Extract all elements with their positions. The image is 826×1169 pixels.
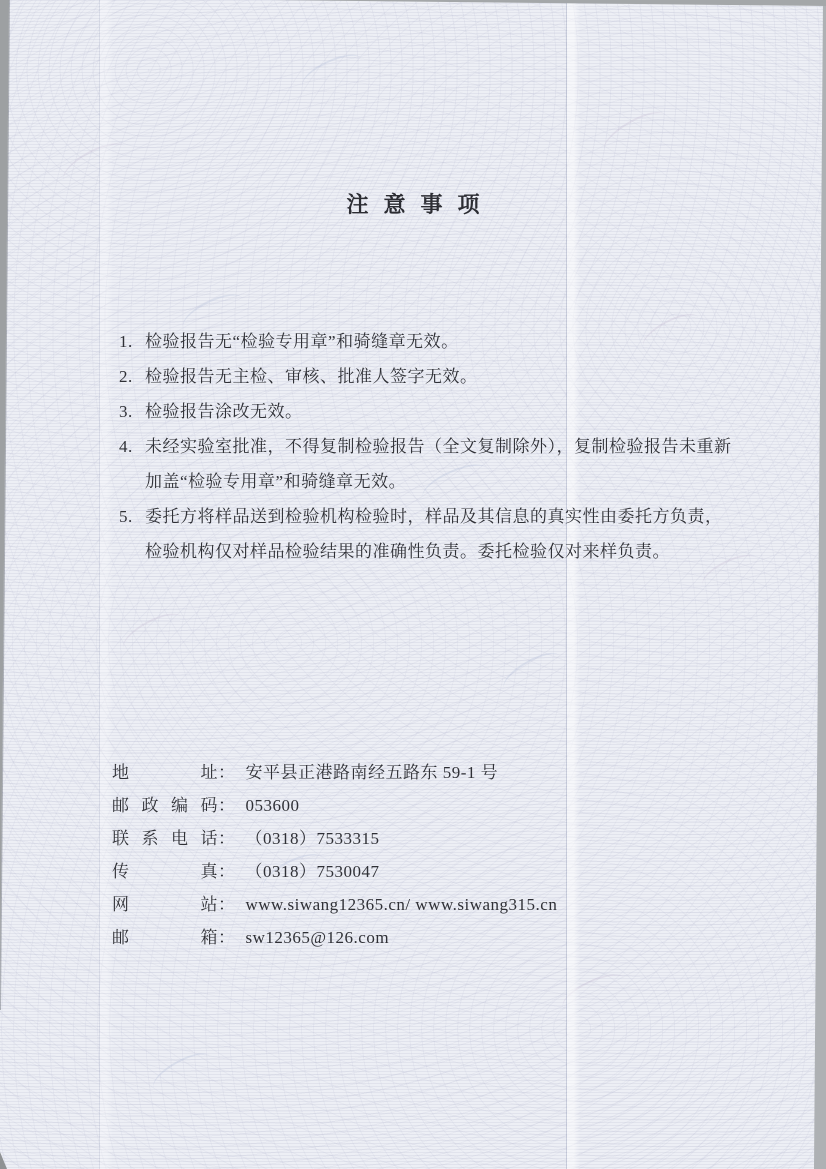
contact-label: 邮箱 [112,921,218,954]
paper: 注意事项 1. 检验报告无“检验专用章”和骑缝章无效。 2. 检验报告无主检、审… [0,0,826,1169]
notice-item-number: 2. [119,359,145,394]
contact-colon: ： [218,888,236,921]
fold-crease-center [566,0,580,1169]
contact-colon: ： [218,855,236,888]
contact-value: www.siwang12365.cn/ www.siwang315.cn [246,895,558,914]
notice-item-text: 委托方将样品送到检验机构检验时，样品及其信息的真实性由委托方负责， [145,499,759,534]
notice-item-number: 1. [119,324,145,359]
contact-value: 安平县正港路南经五路东 59-1 号 [246,763,499,782]
contact-colon: ： [218,822,236,855]
notice-item-text: 检验报告涂改无效。 [145,394,759,429]
contact-label: 网站 [112,888,218,921]
notice-item: 5. 委托方将样品送到检验机构检验时，样品及其信息的真实性由委托方负责， 检验机… [119,499,759,569]
watermark-swirl [598,104,672,162]
notice-item-number: 4. [119,429,145,464]
contact-colon: ： [218,756,236,789]
contact-label: 联系电话 [112,822,218,855]
contact-row-fax: 传真：（0318）7530047 [112,855,557,888]
contact-row-email: 邮箱：sw12365@126.com [112,921,557,954]
contact-row-postcode: 邮政编码：053600 [112,789,557,822]
notice-item-number: 3. [119,394,145,429]
watermark-swirl [148,1046,216,1098]
contact-row-website: 网站：www.siwang12365.cn/ www.siwang315.cn [112,888,557,921]
contact-colon: ： [218,789,236,822]
fold-crease-left [99,0,113,1169]
contact-label: 邮政编码 [112,789,218,822]
notice-item-text: 检验机构仅对样品检验结果的准确性负责。委托检验仅对来样负责。 [145,534,759,569]
notice-item-number: 5. [119,499,145,534]
contact-block: 地址：安平县正港路南经五路东 59-1 号 邮政编码：053600 联系电话：（… [112,756,557,954]
contact-label: 传真 [112,855,218,888]
watermark-swirl [118,606,188,660]
contact-colon: ： [218,921,236,954]
notice-item: 3. 检验报告涂改无效。 [119,394,759,429]
contact-value: 053600 [246,796,300,815]
watermark-swirl [498,646,565,699]
notice-item-text: 检验报告无“检验专用章”和骑缝章无效。 [145,324,759,359]
notice-item-text: 加盖“检验专用章”和骑缝章无效。 [145,464,759,499]
notice-item: 1. 检验报告无“检验专用章”和骑缝章无效。 [119,324,759,359]
notice-list: 1. 检验报告无“检验专用章”和骑缝章无效。 2. 检验报告无主检、审核、批准人… [119,324,759,569]
contact-row-phone: 联系电话：（0318）7533315 [112,822,557,855]
notice-item-text: 检验报告无主检、审核、批准人签字无效。 [145,359,759,394]
contact-value: （0318）7533315 [246,829,380,848]
notice-item-text: 未经实验室批准，不得复制检验报告（全文复制除外），复制检验报告未重新 [145,429,759,464]
contact-row-address: 地址：安平县正港路南经五路东 59-1 号 [112,756,557,789]
watermark-swirl [58,135,133,193]
contact-value: sw12365@126.com [246,928,390,947]
contact-label: 地址 [112,756,218,789]
notice-item: 2. 检验报告无主检、审核、批准人签字无效。 [119,359,759,394]
scanned-page: 注意事项 1. 检验报告无“检验专用章”和骑缝章无效。 2. 检验报告无主检、审… [0,0,826,1169]
contact-value: （0318）7530047 [246,862,380,881]
notice-title: 注意事项 [0,190,826,220]
notice-item: 4. 未经实验室批准，不得复制检验报告（全文复制除外），复制检验报告未重新 加盖… [119,429,759,499]
watermark-swirl [298,48,366,97]
